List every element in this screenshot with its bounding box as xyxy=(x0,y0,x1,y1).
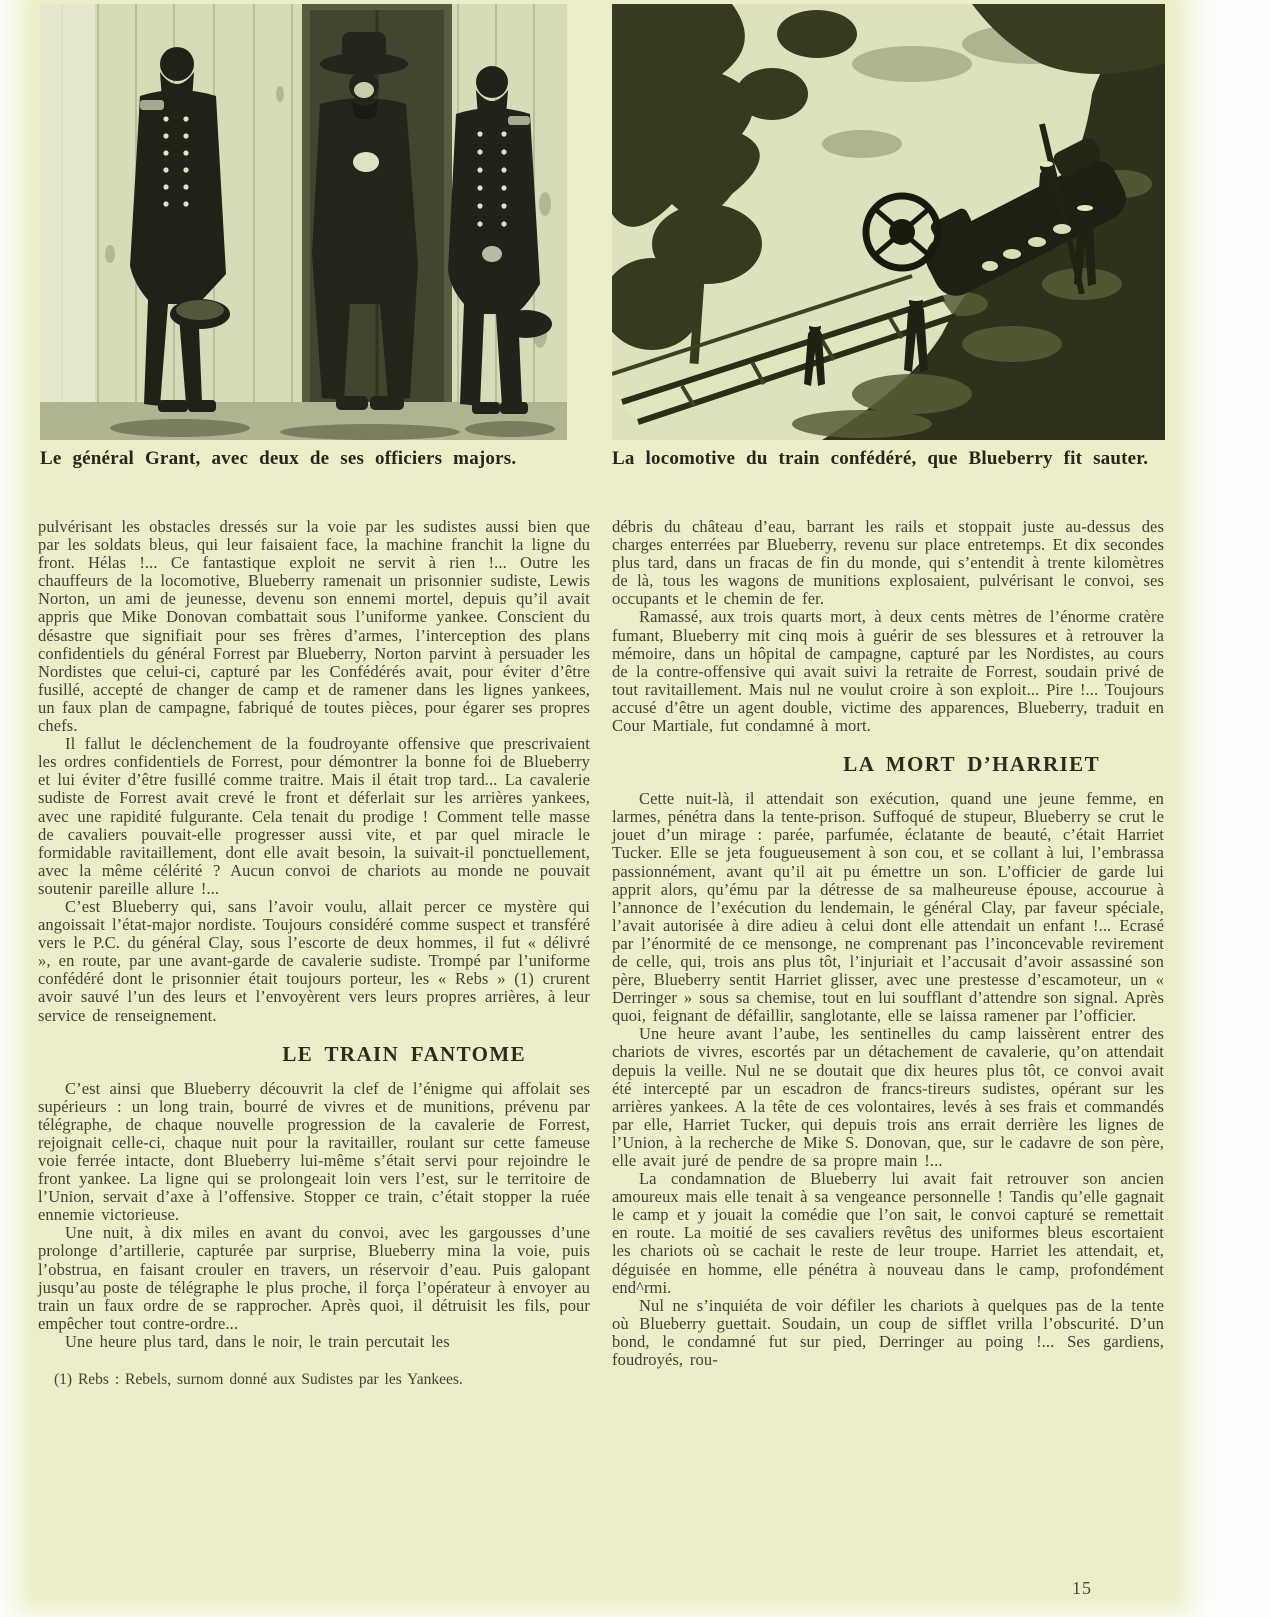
paragraph: Il fallut le déclenchement de la foudroy… xyxy=(38,735,590,898)
paragraph: C’est ainsi que Blueberry découvrit la c… xyxy=(38,1080,590,1225)
section-heading-la-mort-dharriet: LA MORT D’HARRIET xyxy=(843,752,1100,777)
paragraph: La condamnation de Blueberry lui avait f… xyxy=(612,1170,1164,1297)
paragraph: Une heure plus tard, dans le noir, le tr… xyxy=(38,1333,590,1351)
locomotive-photo-illustration xyxy=(612,4,1165,440)
paragraph: débris du château d’eau, barrant les rai… xyxy=(612,518,1164,608)
paragraph: Nul ne s’inquiéta de voir défiler les ch… xyxy=(612,1297,1164,1369)
left-photo-caption: Le général Grant, avec deux de ses offic… xyxy=(40,449,567,469)
paragraph: Cette nuit-là, il attendait son exécutio… xyxy=(612,790,1164,1025)
grant-photo-figure: Le général Grant, avec deux de ses offic… xyxy=(40,4,567,469)
right-photo-caption: La locomotive du train confédéré, que Bl… xyxy=(612,449,1165,469)
paragraph: Une nuit, à dix miles en avant du convoi… xyxy=(38,1224,590,1333)
page-number: 15 xyxy=(1072,1578,1092,1599)
paragraph: Une heure avant l’aube, les sentinelles … xyxy=(612,1025,1164,1170)
paragraph: pulvérisant les obstacles dressés sur la… xyxy=(38,518,590,735)
paragraph: C’est Blueberry qui, sans l’avoir voulu,… xyxy=(38,898,590,1025)
section-heading-le-train-fantome: LE TRAIN FANTOME xyxy=(282,1042,526,1067)
right-column: débris du château d’eau, barrant les rai… xyxy=(612,518,1164,1369)
magazine-page: Le général Grant, avec deux de ses offic… xyxy=(0,0,1270,1617)
locomotive-photo-figure: La locomotive du train confédéré, que Bl… xyxy=(612,4,1165,469)
footnote: (1) Rebs : Rebels, surnom donné aux Sudi… xyxy=(38,1371,590,1388)
left-column: pulvérisant les obstacles dressés sur la… xyxy=(38,518,590,1388)
grant-photo-illustration xyxy=(40,4,567,440)
paragraph: Ramassé, aux trois quarts mort, à deux c… xyxy=(612,608,1164,735)
